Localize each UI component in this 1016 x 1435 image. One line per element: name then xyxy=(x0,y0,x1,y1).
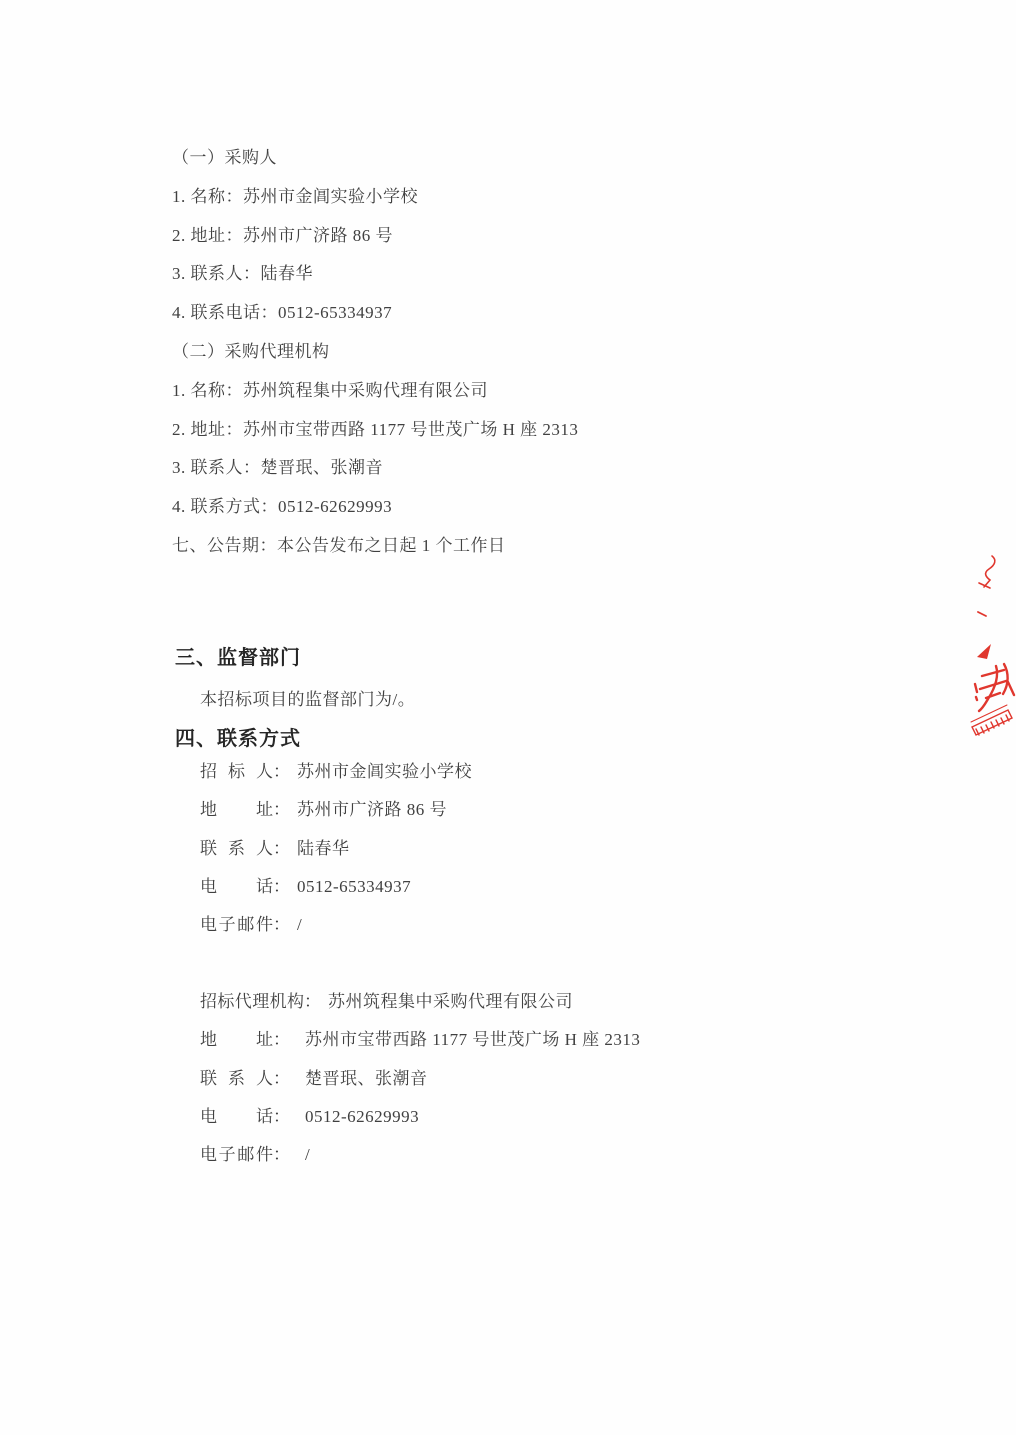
document-page: （一）采购人 1. 名称：苏州市金阊实验小学校 2. 地址：苏州市广济路 86 … xyxy=(0,0,1016,1435)
row-colon: ： xyxy=(273,906,290,944)
section-three-body: 本招标项目的监督部门为/。 xyxy=(200,685,415,710)
row-label: 电子邮件 xyxy=(200,906,273,944)
row-value: 0512-65334937 xyxy=(297,877,411,896)
agency-row-name: 招标代理机构：苏州筑程集中采购代理有限公司 xyxy=(200,983,820,1021)
row-colon: ： xyxy=(273,791,290,829)
row-colon: ： xyxy=(273,1136,290,1174)
tenderer-row-name: 招标人：苏州市金阊实验小学校 xyxy=(200,753,820,791)
doc-line-purchaser-contact: 3. 联系人：陆春华 xyxy=(172,255,812,294)
tenderer-row-address: 地址：苏州市广济路 86 号 xyxy=(200,791,820,829)
doc-line-announcement-period: 七、公告期：本公告发布之日起 1 个工作日 xyxy=(172,527,812,566)
row-label: 地址 xyxy=(200,791,273,829)
doc-line-purchaser-phone: 4. 联系电话：0512-65334937 xyxy=(172,294,812,333)
agency-row-address: 地址：苏州市宝带西路 1177 号世茂广场 H 座 2313 xyxy=(200,1021,820,1059)
row-label: 电话 xyxy=(200,1098,273,1136)
announcement-contact-block: （一）采购人 1. 名称：苏州市金阊实验小学校 2. 地址：苏州市广济路 86 … xyxy=(172,139,812,566)
agency-row-contact: 联系人：楚晋珉、张潮音 xyxy=(200,1060,820,1098)
row-label: 招标人 xyxy=(200,753,273,791)
tenderer-contact-list: 招标人：苏州市金阊实验小学校 地址：苏州市广济路 86 号 联系人：陆春华 电话… xyxy=(200,753,820,944)
row-value: 苏州市广济路 86 号 xyxy=(297,800,447,819)
doc-line-purchaser-heading: （一）采购人 xyxy=(172,139,812,178)
row-value: 苏州筑程集中采购代理有限公司 xyxy=(328,992,573,1011)
row-label: 电子邮件 xyxy=(200,1136,273,1174)
row-label: 地址 xyxy=(200,1021,273,1059)
section-three-heading: 三、监督部门 xyxy=(175,641,301,670)
row-colon: ： xyxy=(273,830,290,868)
row-value: 苏州市金阊实验小学校 xyxy=(297,762,472,781)
section-four-heading: 四、联系方式 xyxy=(175,722,301,751)
row-colon: ： xyxy=(273,868,290,906)
row-label: 联系人 xyxy=(200,830,273,868)
red-handwriting-mark xyxy=(975,664,1014,711)
red-triangle-mark xyxy=(977,644,991,659)
row-label: 电话 xyxy=(200,868,273,906)
doc-line-agency-address: 2. 地址：苏州市宝带西路 1177 号世茂广场 H 座 2313 xyxy=(172,411,812,450)
row-colon: ： xyxy=(273,1021,290,1059)
doc-line-purchaser-address: 2. 地址：苏州市广济路 86 号 xyxy=(172,217,812,256)
row-value: / xyxy=(305,1145,310,1164)
red-ink-annotations xyxy=(956,548,1016,748)
row-value: 苏州市宝带西路 1177 号世茂广场 H 座 2313 xyxy=(305,1030,640,1049)
agency-row-email: 电子邮件：/ xyxy=(200,1136,820,1174)
row-colon: ： xyxy=(304,983,321,1021)
row-label: 联系人 xyxy=(200,1060,273,1098)
row-colon: ： xyxy=(273,1098,290,1136)
agency-contact-list: 招标代理机构：苏州筑程集中采购代理有限公司 地址：苏州市宝带西路 1177 号世… xyxy=(200,983,820,1174)
row-value: 陆春华 xyxy=(297,839,350,858)
tenderer-row-contact: 联系人：陆春华 xyxy=(200,830,820,868)
red-scribble-check-mark xyxy=(979,556,995,588)
agency-row-phone: 电话：0512-62629993 xyxy=(200,1098,820,1136)
row-colon: ： xyxy=(273,753,290,791)
red-small-dash-mark xyxy=(978,612,986,616)
row-value: 楚晋珉、张潮音 xyxy=(305,1069,428,1088)
tenderer-row-phone: 电话：0512-65334937 xyxy=(200,868,820,906)
tenderer-row-email: 电子邮件：/ xyxy=(200,906,820,944)
doc-line-agency-contact: 3. 联系人：楚晋珉、张潮音 xyxy=(172,449,812,488)
row-label: 招标代理机构 xyxy=(200,983,304,1021)
red-hatched-band-mark xyxy=(971,705,1012,735)
doc-line-agency-name: 1. 名称：苏州筑程集中采购代理有限公司 xyxy=(172,372,812,411)
doc-line-purchaser-name: 1. 名称：苏州市金阊实验小学校 xyxy=(172,178,812,217)
doc-line-agency-heading: （二）采购代理机构 xyxy=(172,333,812,372)
doc-line-agency-phone: 4. 联系方式：0512-62629993 xyxy=(172,488,812,527)
row-colon: ： xyxy=(273,1060,290,1098)
row-value: 0512-62629993 xyxy=(305,1107,419,1126)
row-value: / xyxy=(297,915,302,934)
